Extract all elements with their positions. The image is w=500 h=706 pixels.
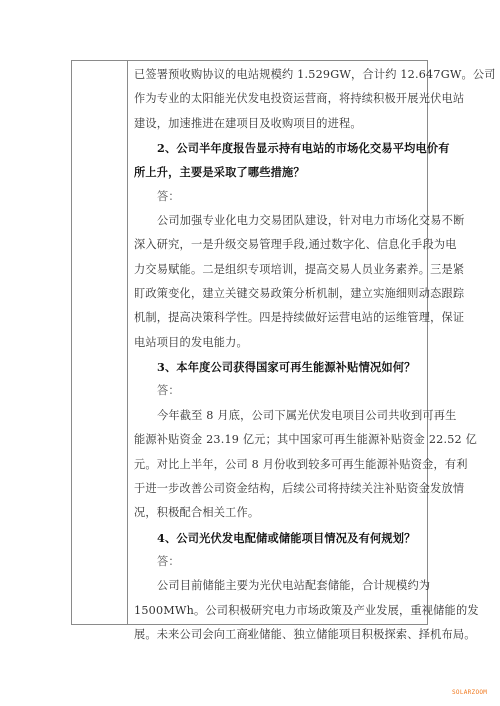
text-line: 1500MWh。公司积极研究电力市场政策及产业发展，重视储能的发	[134, 599, 423, 623]
answer-label: 答：	[134, 550, 423, 574]
question-2: 2、公司半年度报告显示持有电站的市场化交易平均电价有	[134, 136, 423, 160]
text-line: 况，积极配合相关工作。	[134, 501, 423, 525]
text-line: 公司加强专业化电力交易团队建设，针对电力市场化交易不断	[134, 209, 423, 233]
text-line: 元。对比上半年，公司 8 月份收到较多可再生能源补贴资金，有利	[134, 453, 423, 477]
table-content-column: 已签署预收购协议的电站规模约 1.529GW，合计约 12.647GW。公司 作…	[129, 61, 427, 624]
text-line: 已签署预收购协议的电站规模约 1.529GW，合计约 12.647GW。公司	[134, 63, 423, 87]
qa-table: 已签署预收购协议的电站规模约 1.529GW，合计约 12.647GW。公司 作…	[71, 60, 428, 625]
text-line: 深入研究，一是升级交易管理手段,通过数字化、信息化手段为电	[134, 233, 423, 257]
text-line: 盯政策变化，建立关键交易政策分析机制，建立实施细则动态跟踪	[134, 282, 423, 306]
question-3: 3、本年度公司获得国家可再生能源补贴情况如何？	[134, 355, 423, 379]
page-number: 2	[0, 629, 500, 638]
text-line: 力交易赋能。二是组织专项培训，提高交易人员业务素养。三是紧	[134, 258, 423, 282]
watermark-logo: SOLARZOOM	[452, 689, 487, 696]
text-line: 于进一步改善公司资金结构，后续公司将持续关注补贴资金发放情	[134, 477, 423, 501]
text-line: 电站项目的发电能力。	[134, 331, 423, 355]
table-label-column	[72, 61, 128, 624]
text-line: 机制，提高决策科学性。四是持续做好运营电站的运维管理，保证	[134, 306, 423, 330]
text-line: 建设，加速推进在建项目及收购项目的进程。	[134, 112, 423, 136]
question-2-cont: 所上升，主要是采取了哪些措施？	[134, 160, 423, 184]
question-4: 4、公司光伏发电配储或储能项目情况及有何规划？	[134, 526, 423, 550]
text-line: 作为专业的太阳能光伏发电投资运营商，将持续积极开展光伏电站	[134, 87, 423, 111]
text-line: 今年截至 8 月底，公司下属光伏发电项目公司共收到可再生	[134, 404, 423, 428]
answer-label: 答：	[134, 379, 423, 403]
answer-label: 答：	[134, 185, 423, 209]
text-line: 公司目前储能主要为光伏电站配套储能，合计规模约为	[134, 574, 423, 598]
text-line: 能源补贴资金 23.19 亿元；其中国家可再生能源补贴资金 22.52 亿	[134, 428, 423, 452]
